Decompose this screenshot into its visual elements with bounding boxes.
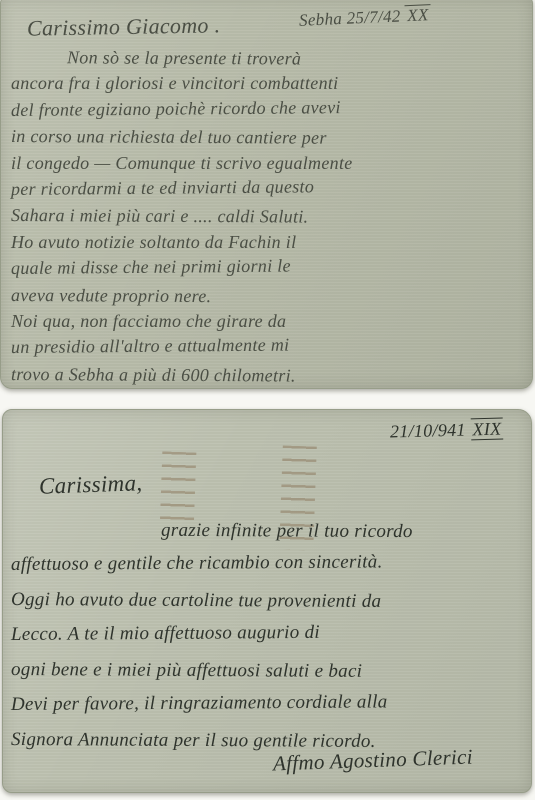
dateline-card2: 21/10/941 XIX	[389, 419, 503, 443]
handwritten-line: in corso una richiesta del tuo cantiere …	[11, 123, 527, 152]
era-numeral-xx: XX	[405, 4, 431, 25]
dateline-date: 21/10/941	[389, 420, 465, 442]
handwritten-line: affettuoso e gentile che ricambio con si…	[11, 543, 527, 582]
era-numeral-xix: XIX	[470, 418, 503, 441]
letter-body-card1: Non sò se la presente ti troverà ancora …	[11, 44, 527, 387]
dateline-card1: Sebha 25/7/42 XX	[299, 5, 431, 31]
handwritten-line: Sahara i miei più cari e .... caldi Salu…	[11, 202, 527, 231]
postcard-1: Sebha 25/7/42 XX Carissimo Giacomo . Non…	[0, 0, 533, 389]
handwritten-line: Lecco. A te il mio affettuoso augurio di	[11, 613, 527, 652]
handwritten-line: Non sò se la presente ti troverà	[11, 44, 527, 73]
salutation-card2: Carissima,	[39, 470, 143, 500]
handwritten-line: quale mi disse che nei primi giorni le	[11, 251, 527, 282]
salutation-card1: Carissimo Giacomo .	[27, 12, 221, 41]
handwritten-line: trovo a Sebha a più di 600 chilometri.	[11, 361, 527, 389]
handwritten-line: aveva vedute proprio nere.	[11, 282, 527, 311]
handwritten-line: per ricordarmi a te ed inviarti da quest…	[11, 172, 527, 203]
postcard-2: 21/10/941 XIX Carissima, grazie infinite…	[2, 409, 532, 793]
scanned-page: Sebha 25/7/42 XX Carissimo Giacomo . Non…	[0, 0, 535, 800]
handwritten-line: Devi per favore, il ringraziamento cordi…	[11, 683, 527, 722]
handwritten-line: un presidio all'altro e attualmente mi	[11, 330, 527, 361]
handwritten-line: del fronte egiziano poichè ricordo che a…	[11, 92, 527, 123]
letter-body-card2: grazie infinite per il tuo ricordo affet…	[11, 512, 527, 757]
dateline-place-date: Sebha 25/7/42	[299, 6, 401, 29]
